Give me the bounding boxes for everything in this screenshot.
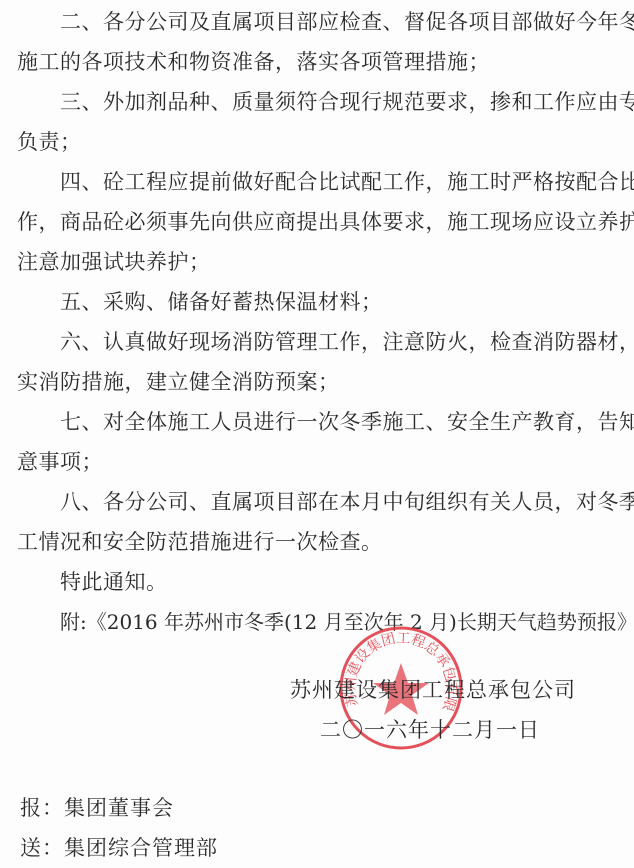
paragraph-6-line-1: 六、认真做好现场消防管理工作，注意防火，检查消防器材，落	[60, 328, 622, 356]
paragraph-7-line-1: 七、对全体施工人员进行一次冬季施工、安全生产教育，告知注	[60, 408, 622, 436]
signature-organization: 苏州建设集团工程总承包公司	[290, 676, 576, 704]
paragraph-4-line-2: 作，商品砼必须事先向供应商提出具体要求，施工现场应设立养护室，	[17, 208, 622, 236]
paragraph-2-line-1: 二、各分公司及直属项目部应检查、督促各项目部做好今年冬季	[60, 8, 622, 36]
paragraph-7-line-2: 意事项；	[17, 448, 622, 476]
paragraph-2-line-2: 施工的各项技术和物资准备，落实各项管理措施；	[17, 48, 622, 76]
paragraph-4-line-1: 四、砼工程应提前做好配合比试配工作，施工时严格按配合比操	[60, 168, 622, 196]
report-to-line: 报：集团董事会	[20, 794, 174, 822]
paragraph-8-line-1: 八、各分公司、直属项目部在本月中旬组织有关人员，对冬季施	[60, 488, 622, 516]
paragraph-6-line-2: 实消防措施，建立健全消防预案；	[17, 368, 622, 396]
paragraph-4-line-3: 注意加强试块养护；	[17, 248, 622, 276]
document-page: 二、各分公司及直属项目部应检查、督促各项目部做好今年冬季 施工的各项技术和物资准…	[0, 0, 634, 868]
closing-notice: 特此通知。	[60, 568, 622, 596]
signature-date: 二〇一六年十二月一日	[320, 716, 540, 744]
paragraph-3-line-2: 负责；	[17, 128, 622, 156]
send-to-line: 送：集团综合管理部	[20, 834, 218, 862]
paragraph-3-line-1: 三、外加剂品种、质量须符合现行规范要求，掺和工作应由专人	[60, 88, 622, 116]
attachment-line: 附:《2016 年苏州市冬季(12 月至次年 2 月)长期天气趋势预报》	[60, 608, 622, 636]
paragraph-8-line-2: 工情况和安全防范措施进行一次检查。	[17, 528, 622, 556]
paragraph-5-line-1: 五、采购、储备好蓄热保温材料；	[60, 288, 622, 316]
